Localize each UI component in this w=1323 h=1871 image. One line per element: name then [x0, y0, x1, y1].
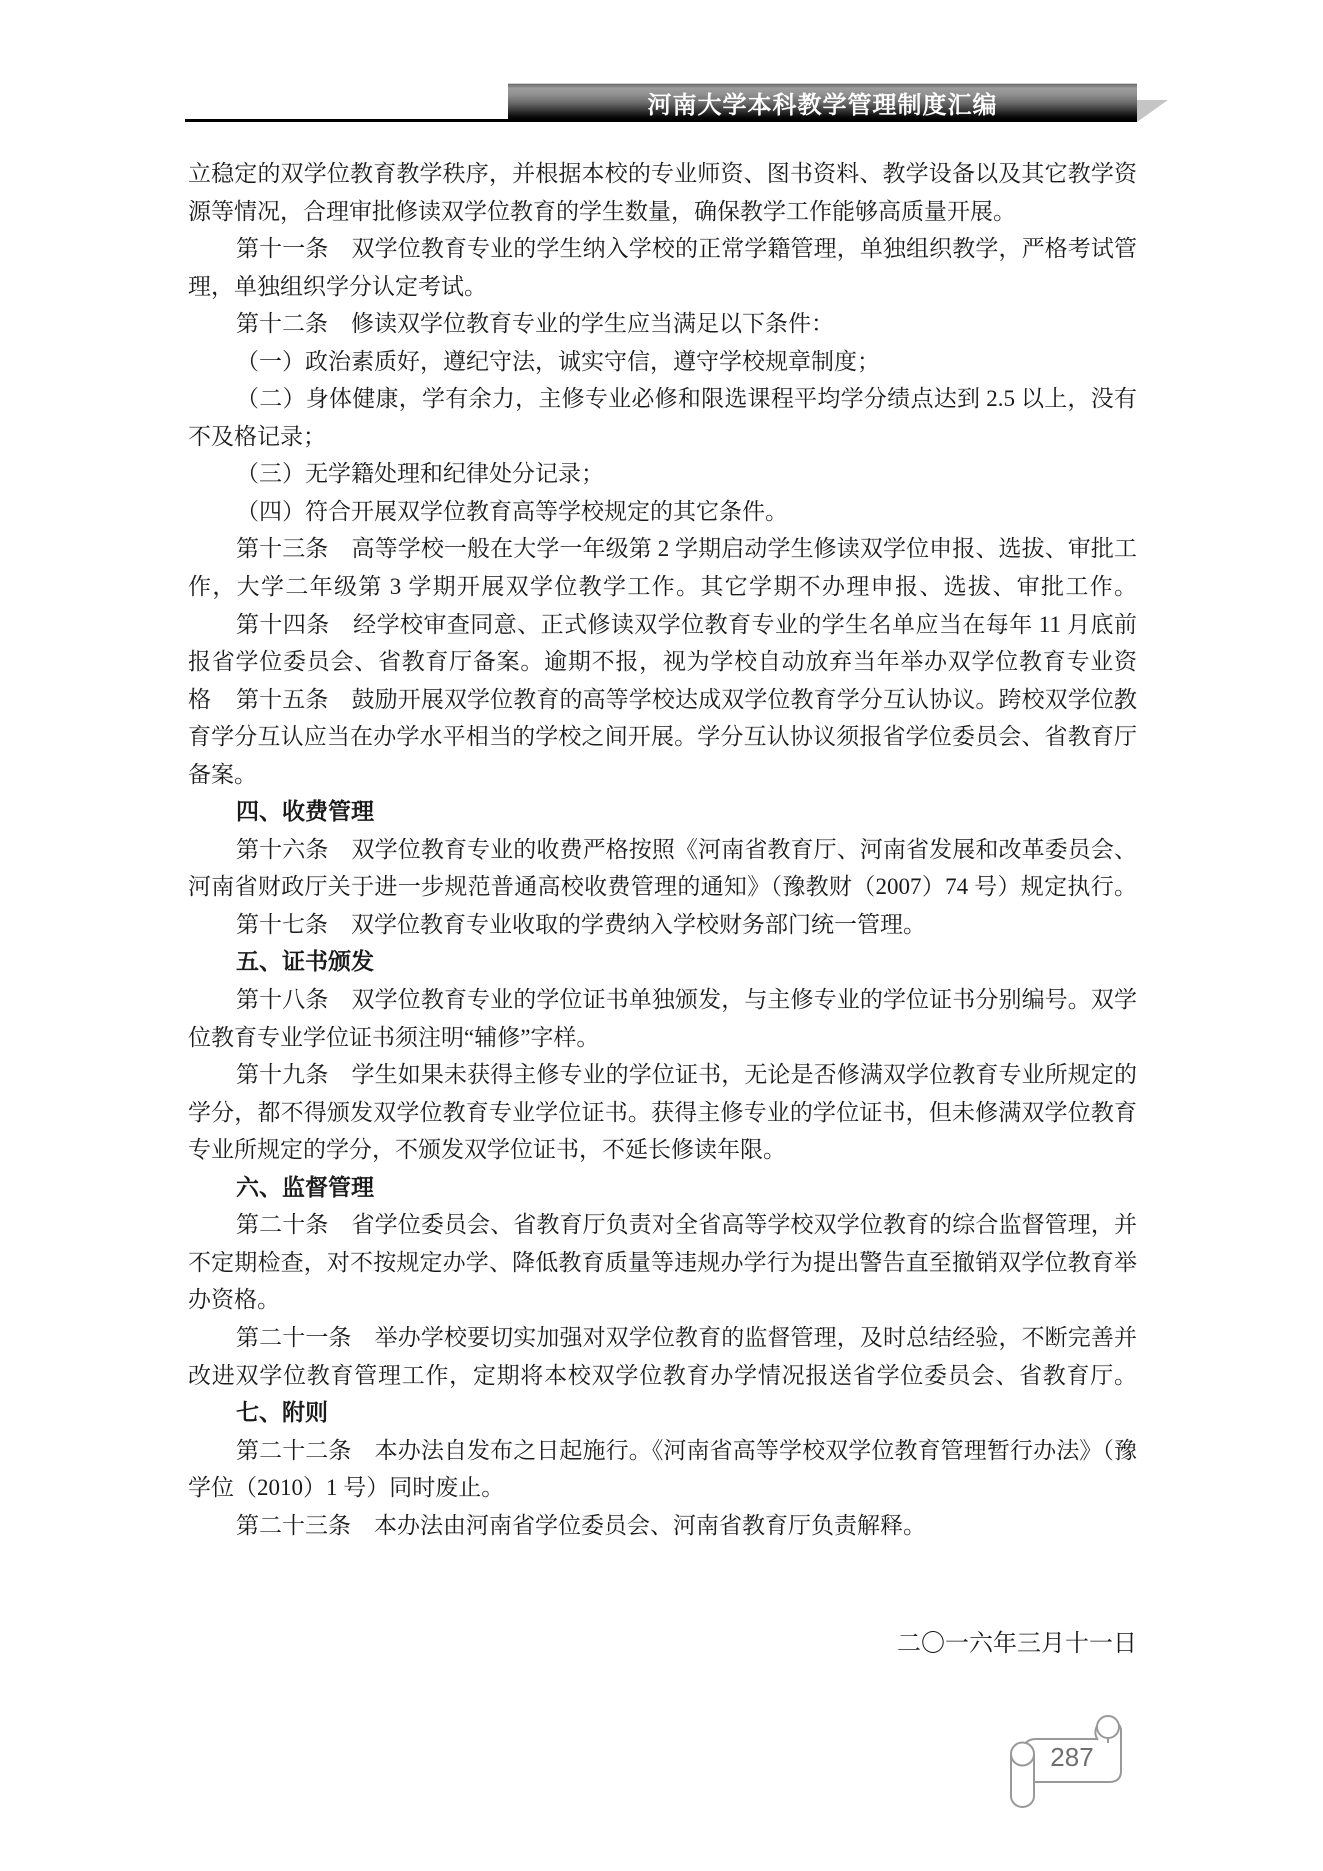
text-line: 专业所规定的学分，不颁发双学位证书，不延长修读年限。 [188, 1131, 1137, 1169]
text-line: 第十五条 鼓励开展双学位教育的高等学校达成双学位教育学分互认协议。跨校双学位教 [188, 681, 1137, 719]
text-line: （四）符合开展双学位教育高等学校规定的其它条件。 [188, 493, 1137, 531]
text-line: 第十四条 经学校审查同意、正式修读双学位教育专业的学生名单应当在每年 11 月底… [188, 606, 1137, 644]
text-line: 育学分互认应当在办学水平相当的学校之间开展。学分互认协议须报省学位委员会、省教育… [188, 718, 1137, 756]
text-line: 报省学位委员会、省教育厅备案。逾期不报，视为学校自动放弃当年举办双学位教育专业资… [188, 643, 1137, 681]
text-line: （二）身体健康，学有余力，主修专业必修和限选课程平均学分绩点达到 2.5 以上，… [188, 380, 1137, 418]
text-line: 第十九条 学生如果未获得主修专业的学位证书，无论是否修满双学位教育专业所规定的 [188, 1056, 1137, 1094]
page-number-scroll: 287 [1008, 1710, 1132, 1812]
text-line: 立稳定的双学位教育教学秩序，并根据本校的专业师资、图书资料、教学设备以及其它教学… [188, 155, 1137, 193]
text-line: 第二十三条 本办法由河南省学位委员会、河南省教育厅负责解释。 [188, 1507, 1137, 1545]
section-heading: 五、证书颁发 [188, 943, 1137, 981]
section-heading: 四、收费管理 [188, 793, 1137, 831]
text-line: （一）政治素质好，遵纪守法，诚实守信，遵守学校规章制度； [188, 343, 1137, 381]
text-line: 学分，都不得颁发双学位教育专业学位证书。获得主修专业的学位证书，但未修满双学位教… [188, 1094, 1137, 1132]
text-line: 第十三条 高等学校一般在大学一年级第 2 学期启动学生修读双学位申报、选拔、审批… [188, 530, 1137, 568]
text-line: 第二十条 省学位委员会、省教育厅负责对全省高等学校双学位教育的综合监督管理，并 [188, 1206, 1137, 1244]
text-line: 学位（2010）1 号）同时废止。 [188, 1469, 1137, 1507]
header-arrow-decoration [1137, 100, 1168, 122]
scroll-icon: 287 [1008, 1710, 1132, 1812]
document-body: 立稳定的双学位教育教学秩序，并根据本校的专业师资、图书资料、教学设备以及其它教学… [188, 155, 1137, 1544]
header-title: 河南大学本科教学管理制度汇编 [648, 85, 998, 120]
text-line: 第十六条 双学位教育专业的收费严格按照《河南省教育厅、河南省发展和改革委员会、 [188, 831, 1137, 869]
text-line: 第十七条 双学位教育专业收取的学费纳入学校财务部门统一管理。 [188, 906, 1137, 944]
text-line: 第二十一条 举办学校要切实加强对双学位教育的监督管理，及时总结经验，不断完善并 [188, 1319, 1137, 1357]
text-line: 作，大学二年级第 3 学期开展双学位教学工作。其它学期不办理申报、选拔、审批工作… [188, 568, 1137, 606]
text-line: 第二十二条 本办法自发布之日起施行。《河南省高等学校双学位教育管理暂行办法》（豫 [188, 1432, 1137, 1470]
text-line: 第十二条 修读双学位教育专业的学生应当满足以下条件： [188, 305, 1137, 343]
section-heading: 六、监督管理 [188, 1169, 1137, 1207]
header-bar: 河南大学本科教学管理制度汇编 [508, 83, 1137, 120]
text-line: 不定期检查，对不按规定办学、降低教育质量等违规办学行为提出警告直至撤销双学位教育… [188, 1244, 1137, 1282]
page-number: 287 [1050, 1742, 1093, 1772]
text-line: 第十一条 双学位教育专业的学生纳入学校的正常学籍管理，单独组织教学，严格考试管 [188, 230, 1137, 268]
text-line: 备案。 [188, 756, 1137, 794]
text-line: 第十八条 双学位教育专业的学位证书单独颁发，与主修专业的学位证书分别编号。双学 [188, 981, 1137, 1019]
section-heading: 七、附则 [188, 1394, 1137, 1432]
document-date: 二〇一六年三月十一日 [188, 1626, 1137, 1664]
text-line: 位教育专业学位证书须注明“辅修”字样。 [188, 1019, 1137, 1057]
text-line: 改进双学位教育管理工作，定期将本校双学位教育办学情况报送省学位委员会、省教育厅。 [188, 1357, 1137, 1395]
text-line: 河南省财政厅关于进一步规范普通高校收费管理的通知》（豫教财（2007）74 号）… [188, 868, 1137, 906]
document-page: 河南大学本科教学管理制度汇编 立稳定的双学位教育教学秩序，并根据本校的专业师资、… [0, 0, 1323, 1871]
text-line: 源等情况，合理审批修读双学位教育的学生数量，确保教学工作能够高质量开展。 [188, 193, 1137, 231]
text-line: 理，单独组织学分认定考试。 [188, 268, 1137, 306]
text-line: （三）无学籍处理和纪律处分记录； [188, 455, 1137, 493]
text-line: 不及格记录； [188, 418, 1137, 456]
text-line: 办资格。 [188, 1281, 1137, 1319]
